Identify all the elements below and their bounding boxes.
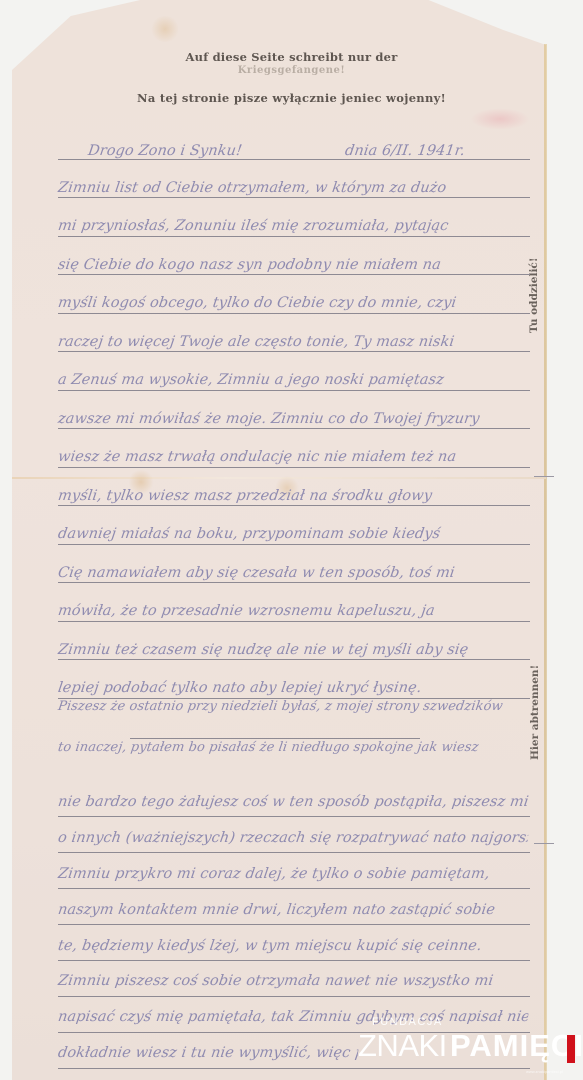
- paper-edge: [544, 44, 547, 1080]
- ruled-line: [58, 816, 530, 817]
- logo-word-znaki: ZNAKI: [358, 1028, 447, 1064]
- letter-line: Zimniu piszesz coś sobie otrzymała nawet…: [57, 973, 529, 989]
- letter-line: się Ciebie do kogo nasz syn podobny nie …: [57, 257, 529, 273]
- letter-line: dawniej miałaś na boku, przypominam sobi…: [57, 526, 529, 542]
- letter-line: te, będziemy kiedyś lżej, w tym miejscu …: [57, 938, 529, 954]
- printed-header-german-faded: Kriegsgefangene!: [0, 65, 583, 76]
- logo-url: www.znakipamieci.pl: [526, 1069, 563, 1074]
- ruled-line: [58, 582, 530, 583]
- ruled-line: [58, 313, 530, 314]
- letter-line: Zimniu też czasem się nudzę ale nie w te…: [57, 642, 529, 658]
- letter-greeting: Drogo Żono i Synku!: [87, 143, 299, 159]
- fold-mark: [534, 476, 554, 477]
- letter-line: dokładnie wiesz i tu nie wymyślić, więc …: [57, 1045, 359, 1061]
- letter-line: Zimniu list od Ciebie otrzymałem, w któr…: [57, 180, 529, 196]
- watermark-logo: FUNDACJA ZNAKI PAMIĘCI www.znakipamieci.…: [358, 1012, 578, 1072]
- ruled-line: [58, 659, 530, 660]
- letter-line: zawsze mi mówiłaś że moje. Zimniu co do …: [57, 411, 529, 427]
- tear-here-label-polish: Tu oddzielić!: [528, 258, 540, 333]
- ruled-line: [58, 996, 530, 997]
- ruled-line: [58, 852, 530, 853]
- letter-line: o innych (ważniejszych) rzeczach się roz…: [57, 830, 529, 846]
- ruled-line: [58, 924, 530, 925]
- ruled-line: [58, 197, 530, 198]
- ruled-line: [58, 428, 530, 429]
- faded-stamp: [470, 108, 530, 130]
- ruled-line: [58, 390, 530, 391]
- logo-prefix: FUNDACJA: [372, 1016, 443, 1028]
- ruled-line: [130, 738, 420, 739]
- ruled-line: [58, 505, 530, 506]
- logo-word-pamieci: PAMIĘCI: [450, 1028, 583, 1064]
- ruled-line: [58, 159, 530, 160]
- letter-line: to inaczej, pytałem bo pisałaś że li nie…: [57, 740, 529, 755]
- ruled-line: [58, 888, 530, 889]
- letter-line: mówiła, że to przesadnie wzrosnemu kapel…: [57, 603, 529, 619]
- printed-header-polish: Na tej stronie pisze wyłącznie jeniec wo…: [0, 91, 583, 105]
- fold-mark: [534, 843, 554, 844]
- letter-line: nie bardzo tego żałujesz coś w ten sposó…: [57, 794, 529, 810]
- ruled-line: [58, 351, 530, 352]
- stain: [150, 16, 180, 42]
- printed-header-german: Auf diese Seite schreibt nur der: [0, 50, 583, 64]
- ruled-line: [58, 544, 530, 545]
- letter-line: Zimniu przykro mi coraz dalej, że tylko …: [57, 866, 529, 882]
- ruled-line: [58, 236, 530, 237]
- letter-line: a Zenuś ma wysokie, Zimniu a jego noski …: [57, 372, 529, 388]
- letter-line: Piszesz że ostatnio przy niedzieli byłaś…: [57, 699, 529, 714]
- ruled-line: [58, 960, 530, 961]
- ruled-line: [58, 621, 530, 622]
- letter-line: raczej to więcej Twoje ale często tonie,…: [57, 334, 529, 350]
- letter-date: dnia 6/II. 1941r.: [344, 143, 526, 159]
- letter-line: wiesz że masz trwałą ondulację nic nie m…: [57, 449, 529, 465]
- letter-line: myśli, tylko wiesz masz przedział na śro…: [57, 488, 529, 504]
- letter-line: lepiej podobać tylko nato aby lepiej ukr…: [57, 680, 529, 696]
- tear-here-label-german: Hier abtrennen!: [529, 665, 541, 760]
- letter-line: naszym kontaktem mnie drwi, liczyłem nat…: [57, 902, 529, 918]
- logo-red-bar: [567, 1035, 575, 1063]
- letter-line: mi przyniosłaś, Żonuniu ileś mię zrozumi…: [57, 218, 529, 234]
- letter-line: Cię namawiałem aby się czesała w ten spo…: [57, 565, 529, 581]
- ruled-line: [58, 467, 530, 468]
- ruled-line: [58, 274, 530, 275]
- letter-line: myśli kogoś obcego, tylko do Ciebie czy …: [57, 295, 529, 311]
